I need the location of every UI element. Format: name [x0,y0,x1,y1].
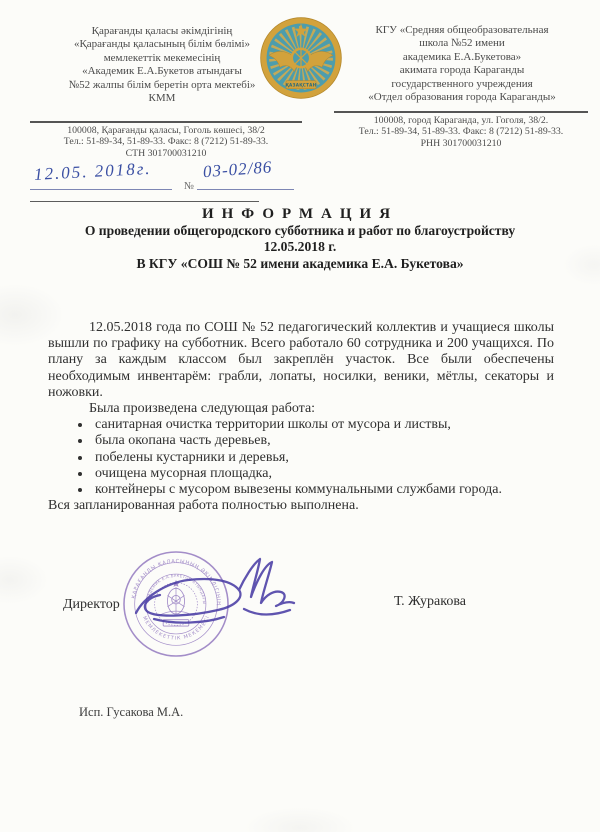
org-line: КГУ «Средняя общеобразовательная [334,24,590,37]
letterhead-org-kazakh: Қарағанды қаласы әкімдігінің «Қарағанды … [28,25,296,105]
org-line: №52 жалпы білім беретін орта мектебі» [28,79,296,92]
divider-rule-right [334,111,588,113]
handwritten-date: 12.05. 2018г. [30,159,152,185]
address-line: Тел.: 51-89-34, 51-89-33. Факс: 8 (7212)… [30,136,302,147]
document-title-block: ИНФОРМАЦИЯ О проведении общегородского с… [45,206,555,272]
list-item: очищена мусорная площадка, [92,466,554,482]
closing-sentence: Вся запланированная работа полностью вып… [48,498,554,514]
address-line: 100008, Қарағанды қаласы, Гоголь көшесі,… [30,125,302,136]
address-line: 100008, город Караганда, ул. Гоголя, 38/… [334,115,588,126]
number-sign-label: № [184,181,194,192]
letterhead-org-russian: КГУ «Средняя общеобразовательная школа №… [334,24,590,104]
scanned-letter-page: Қарағанды қаласы әкімдігінің «Қарағанды … [0,0,600,832]
reference-underline-rule [30,201,259,202]
address-block-russian: 100008, город Караганда, ул. Гоголя, 38/… [334,115,588,149]
org-line: Қарағанды қаласы әкімдігінің [28,25,296,38]
address-line: РНН 301700031210 [334,138,588,149]
letter-body: 12.05.2018 года по СОШ № 52 педагогическ… [48,320,554,514]
director-signature [126,551,296,653]
org-line: академика Е.А.Букетова» [334,51,590,64]
list-item: санитарная очистка территории школы от м… [92,417,554,433]
document-organization: В КГУ «СОШ № 52 имени академика Е.А. Бук… [45,256,555,272]
document-title: ИНФОРМАЦИЯ [45,206,555,223]
org-line: акимата города Караганды [334,64,590,77]
list-intro: Была произведена следующая работа: [48,401,554,417]
org-line: «Отдел образования города Караганды» [334,91,590,104]
list-item: побелены кустарники и деревья, [92,450,554,466]
address-line: Тел.: 51-89-34, 51-89-33. Факс: 8 (7212)… [334,126,588,137]
org-line: КММ [28,92,296,105]
org-line: «Академик Е.А.Букетов атындағы [28,65,296,78]
signer-role: Директор [63,597,120,613]
org-line: школа №52 имени [334,37,590,50]
list-item: контейнеры с мусором вывезены коммунальн… [92,482,554,498]
work-list: санитарная очистка территории школы от м… [48,417,554,498]
address-block-kazakh: 100008, Қарағанды қаласы, Гоголь көшесі,… [30,125,302,159]
document-date: 12.05.2018 г. [45,239,555,255]
org-line: «Қарағанды қаласының білім бөлімі» [28,38,296,51]
outgoing-date-field: 12.05. 2018г. [30,162,172,190]
list-item: была окопана часть деревьев, [92,433,554,449]
signer-name: Т. Журакова [394,594,466,610]
kazakhstan-emblem-icon: ҚАЗАҚСТАН [259,16,343,100]
document-subtitle: О проведении общегородского субботника и… [45,223,555,239]
org-line: государственного учреждения [334,78,590,91]
executor-line: Исп. Гусакова М.А. [79,705,183,720]
org-line: мемлекеттік мекемесінің [28,52,296,65]
body-paragraph: 12.05.2018 года по СОШ № 52 педагогическ… [48,320,554,401]
handwritten-number: 03-02/86 [196,157,273,182]
outgoing-number-field: 03-02/86 [197,160,294,190]
divider-rule-left [30,121,302,123]
emblem-banner-label: ҚАЗАҚСТАН [286,83,317,88]
